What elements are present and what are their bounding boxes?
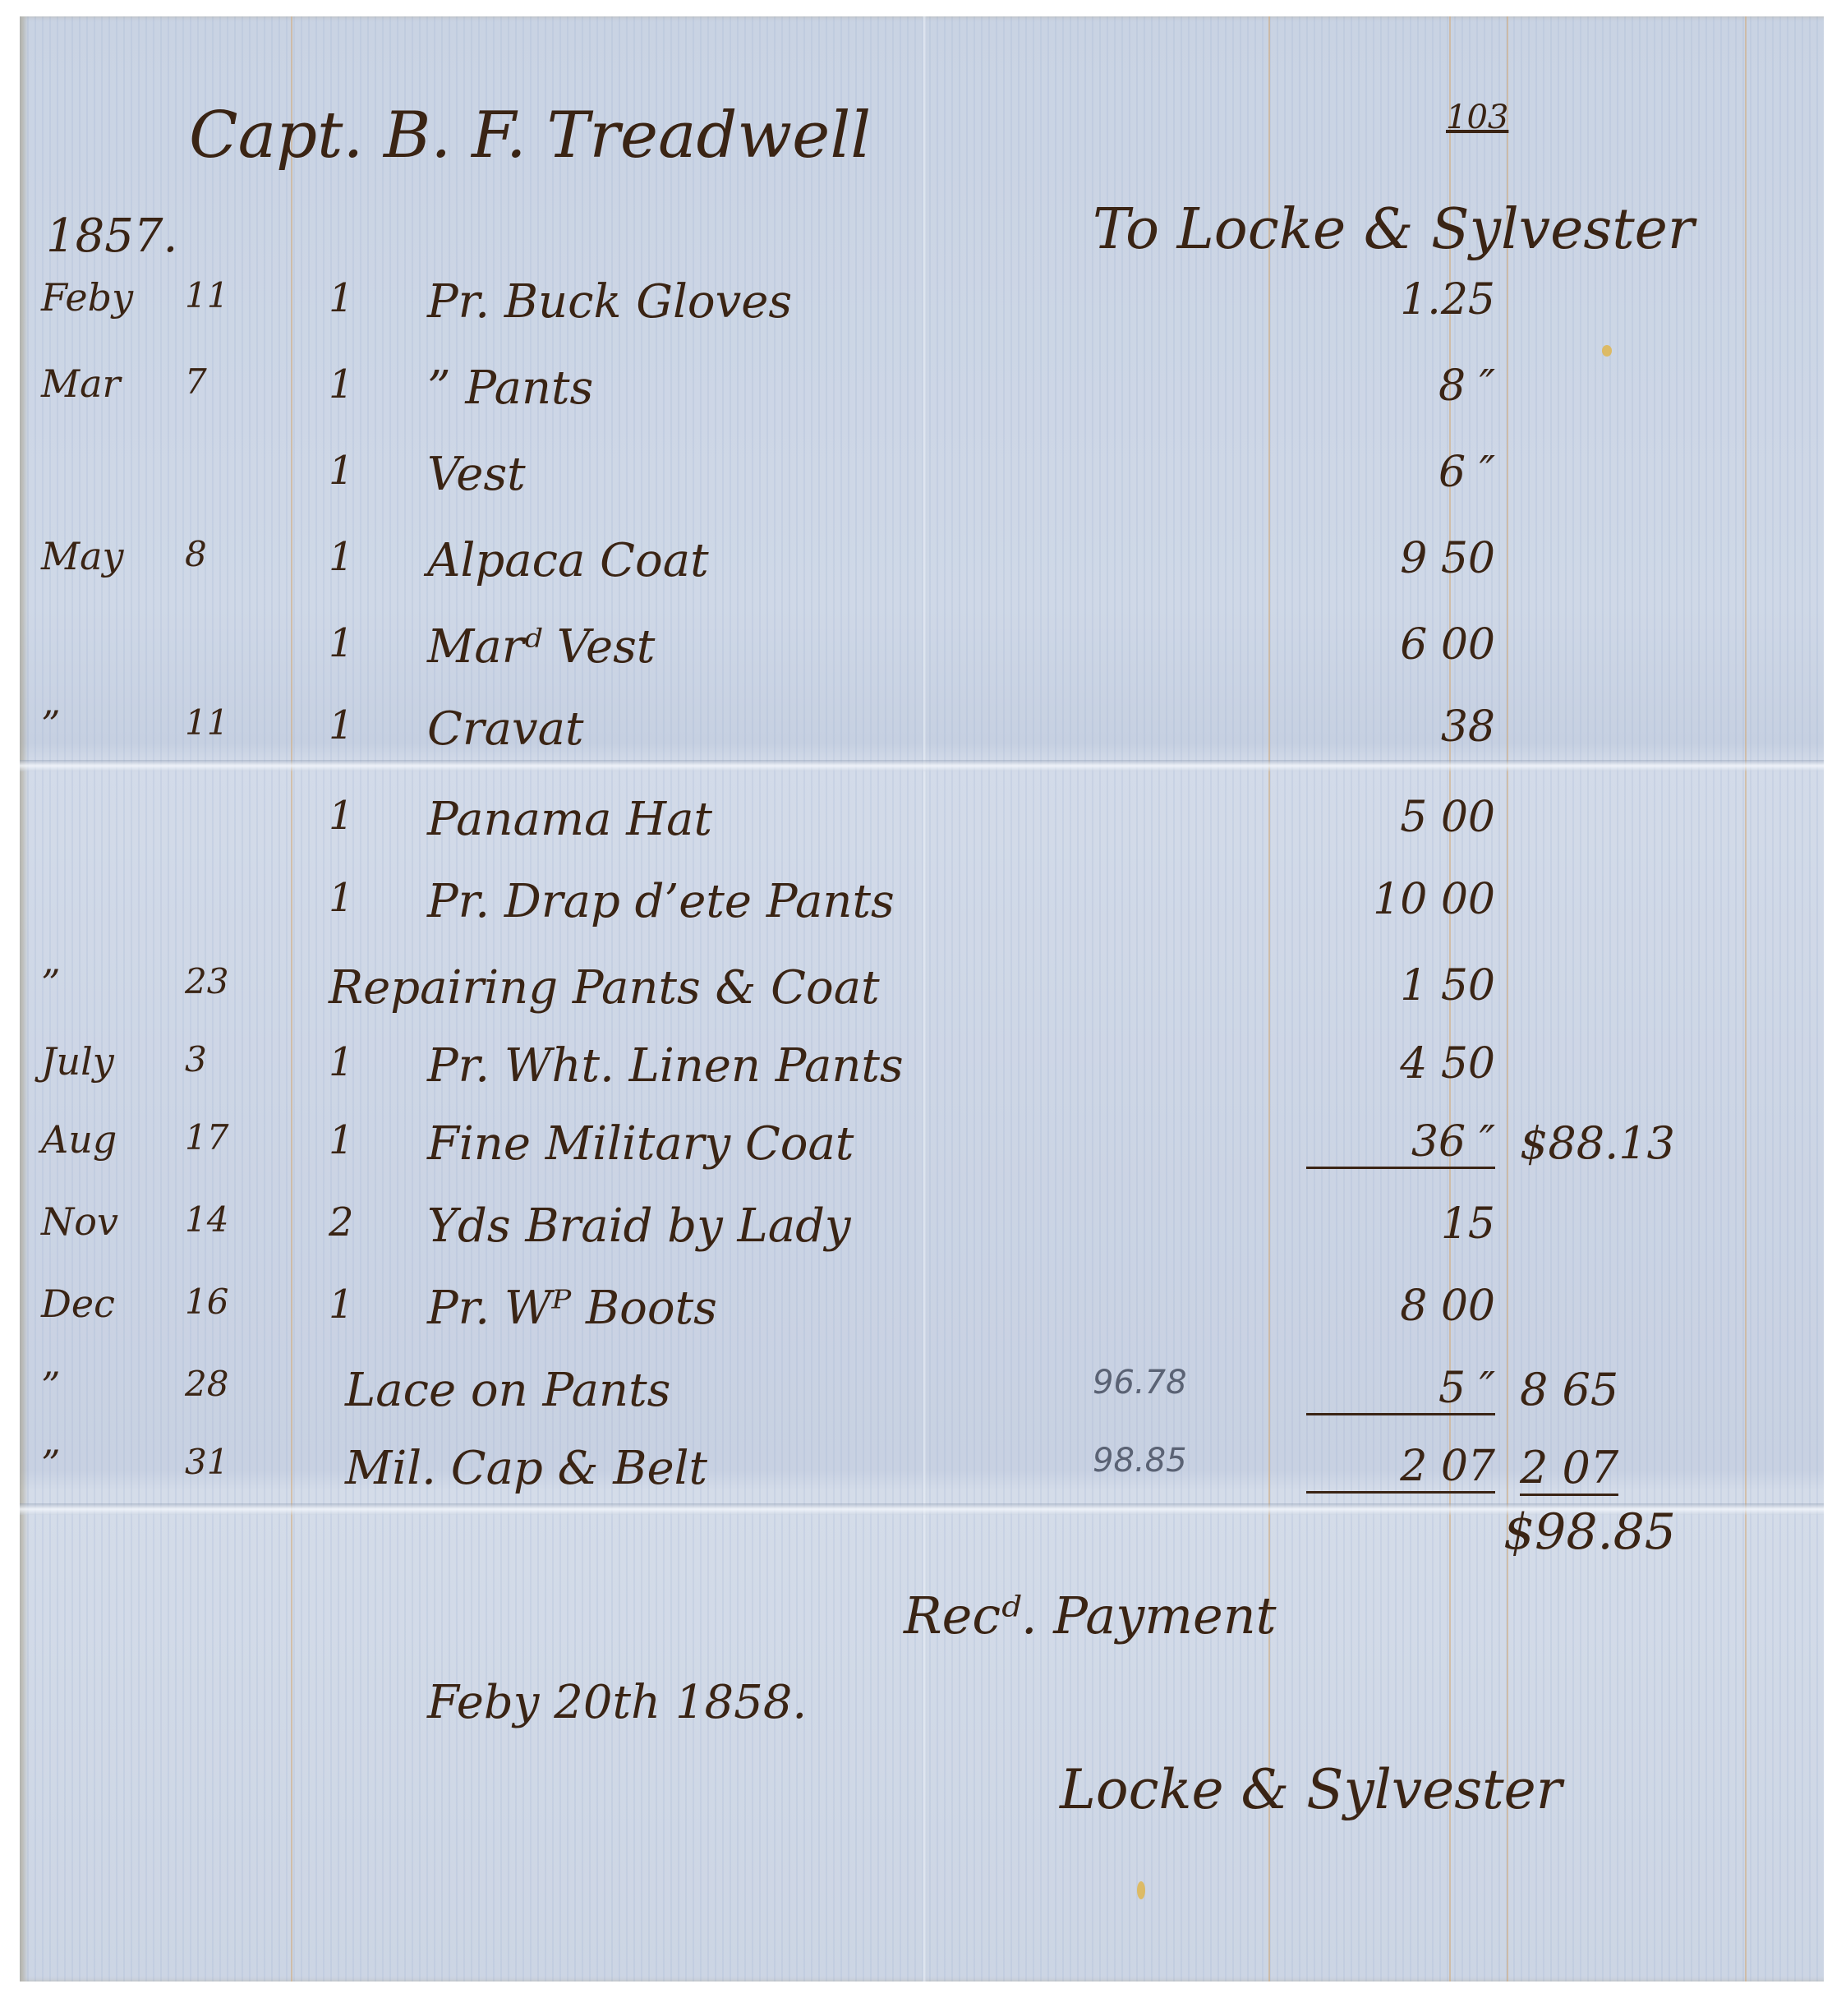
year: 1857. xyxy=(46,209,177,263)
entry-amount: 5 ″ xyxy=(1306,1364,1495,1415)
entry-row: Dec 16 1 Pr. Wᴾ Boots 8 00 xyxy=(0,1282,1832,1356)
entry-row: July 3 1 Pr. Wht. Linen Pants 4 50 xyxy=(0,1039,1832,1113)
entry-day: 11 xyxy=(185,702,228,743)
entry-row: 1 Pr. Drap d’ete Pants 10 00 xyxy=(0,875,1832,949)
entry-qty: 1 xyxy=(329,620,354,666)
entry-description: Repairing Pants & Coat xyxy=(329,961,880,1015)
ink-stain xyxy=(1137,1881,1145,1899)
vendor-signature: Locke & Sylvester xyxy=(1060,1758,1562,1821)
entry-row: 1 Marᵈ Vest 6 00 xyxy=(0,620,1832,694)
entry-amount: 8 ″ xyxy=(1306,361,1495,411)
customer-name: Capt. B. F. Treadwell xyxy=(189,99,871,173)
entry-day: 14 xyxy=(185,1199,228,1240)
entry-month: Aug xyxy=(41,1117,117,1162)
entry-description: Pr. Buck Gloves xyxy=(427,275,792,329)
entry-month: ” xyxy=(41,961,61,1006)
reference-number: 103 xyxy=(1446,99,1508,136)
entry-month: Nov xyxy=(41,1199,118,1244)
entry-description: Pr. Drap d’ete Pants xyxy=(427,875,895,928)
pencil-note: 98.85 xyxy=(1093,1442,1187,1480)
entry-day: 7 xyxy=(185,361,207,402)
entry-qty: 1 xyxy=(329,702,354,748)
entry-qty: 1 xyxy=(329,1117,354,1163)
entry-qty: 2 xyxy=(329,1199,354,1245)
entry-month: ” xyxy=(41,1442,61,1486)
entry-month: May xyxy=(41,534,124,578)
entry-month: Feby xyxy=(41,275,133,320)
entry-row: ” 23 Repairing Pants & Coat 1 50 xyxy=(0,961,1832,1035)
entry-description: Lace on Pants xyxy=(345,1364,670,1417)
entry-month: ” xyxy=(41,1364,61,1408)
entry-amount: 8 00 xyxy=(1306,1282,1495,1331)
entry-qty: 1 xyxy=(329,875,354,921)
entry-qty: 1 xyxy=(329,361,354,407)
entry-row: May 8 1 Alpaca Coat 9 50 xyxy=(0,534,1832,608)
payment-received: Recᵈ. Payment xyxy=(904,1586,1277,1645)
entry-description: Cravat xyxy=(427,702,584,756)
running-subtotal: 8 65 xyxy=(1520,1364,1618,1415)
entry-amount: 6 00 xyxy=(1306,620,1495,670)
entry-amount: 6 ″ xyxy=(1306,448,1495,497)
entry-description: ” Pants xyxy=(427,361,593,415)
entry-day: 31 xyxy=(185,1442,228,1482)
entry-amount: 38 xyxy=(1306,702,1495,752)
running-subtotal: 2 07 xyxy=(1520,1442,1618,1496)
entry-qty: 1 xyxy=(329,793,354,839)
entry-month: Mar xyxy=(41,361,121,406)
entry-amount: 5 00 xyxy=(1306,793,1495,842)
entry-description: Marᵈ Vest xyxy=(427,620,655,674)
entry-amount: 1.25 xyxy=(1306,275,1495,324)
pencil-note: 96.78 xyxy=(1093,1364,1187,1402)
entry-amount: 9 50 xyxy=(1306,534,1495,583)
entry-amount: 1 50 xyxy=(1306,961,1495,1010)
entry-amount: 2 07 xyxy=(1306,1442,1495,1494)
entry-qty: 1 xyxy=(329,1039,354,1085)
entry-month: Dec xyxy=(41,1282,115,1326)
entry-row: 1 Panama Hat 5 00 xyxy=(0,793,1832,867)
entry-qty: 1 xyxy=(329,448,354,494)
entry-description: Alpaca Coat xyxy=(427,534,709,587)
payment-date: Feby 20th 1858. xyxy=(427,1676,807,1729)
entry-month: July xyxy=(41,1039,114,1084)
entry-qty: 1 xyxy=(329,1282,354,1328)
entry-row: Feby 11 1 Pr. Buck Gloves 1.25 xyxy=(0,275,1832,349)
entry-month: ” xyxy=(41,702,61,747)
entry-description: Pr. Wht. Linen Pants xyxy=(427,1039,904,1093)
entry-description: Yds Braid by Lady xyxy=(427,1199,851,1253)
running-subtotal: $88.13 xyxy=(1520,1117,1675,1169)
grand-total: $98.85 xyxy=(1503,1503,1676,1561)
entry-row: Nov 14 2 Yds Braid by Lady 15 xyxy=(0,1199,1832,1273)
entry-row: 1 Vest 6 ″ xyxy=(0,448,1832,522)
vendor-line: To Locke & Sylvester xyxy=(1093,197,1694,262)
entry-amount: 36 ″ xyxy=(1306,1117,1495,1169)
entry-description: Pr. Wᴾ Boots xyxy=(427,1282,717,1335)
entry-amount: 15 xyxy=(1306,1199,1495,1249)
entry-row: ” 11 1 Cravat 38 xyxy=(0,702,1832,776)
entry-day: 11 xyxy=(185,275,228,315)
entry-description: Fine Military Coat xyxy=(427,1117,854,1171)
entry-qty: 1 xyxy=(329,534,354,580)
entry-day: 8 xyxy=(185,534,207,574)
entry-description: Panama Hat xyxy=(427,793,712,846)
entry-day: 16 xyxy=(185,1282,228,1322)
entry-day: 28 xyxy=(185,1364,228,1404)
entry-description: Vest xyxy=(427,448,526,501)
entry-amount: 4 50 xyxy=(1306,1039,1495,1089)
entry-day: 23 xyxy=(185,961,228,1001)
entry-row: Mar 7 1 ” Pants 8 ″ xyxy=(0,361,1832,435)
entry-row: ” 28 Lace on Pants 96.78 5 ″ 8 65 xyxy=(0,1364,1832,1438)
entry-amount: 10 00 xyxy=(1306,875,1495,924)
entry-day: 17 xyxy=(185,1117,228,1158)
entry-qty: 1 xyxy=(329,275,354,321)
entry-row: Aug 17 1 Fine Military Coat 36 ″ $88.13 xyxy=(0,1117,1832,1191)
entry-description: Mil. Cap & Belt xyxy=(345,1442,707,1495)
entry-day: 3 xyxy=(185,1039,207,1079)
